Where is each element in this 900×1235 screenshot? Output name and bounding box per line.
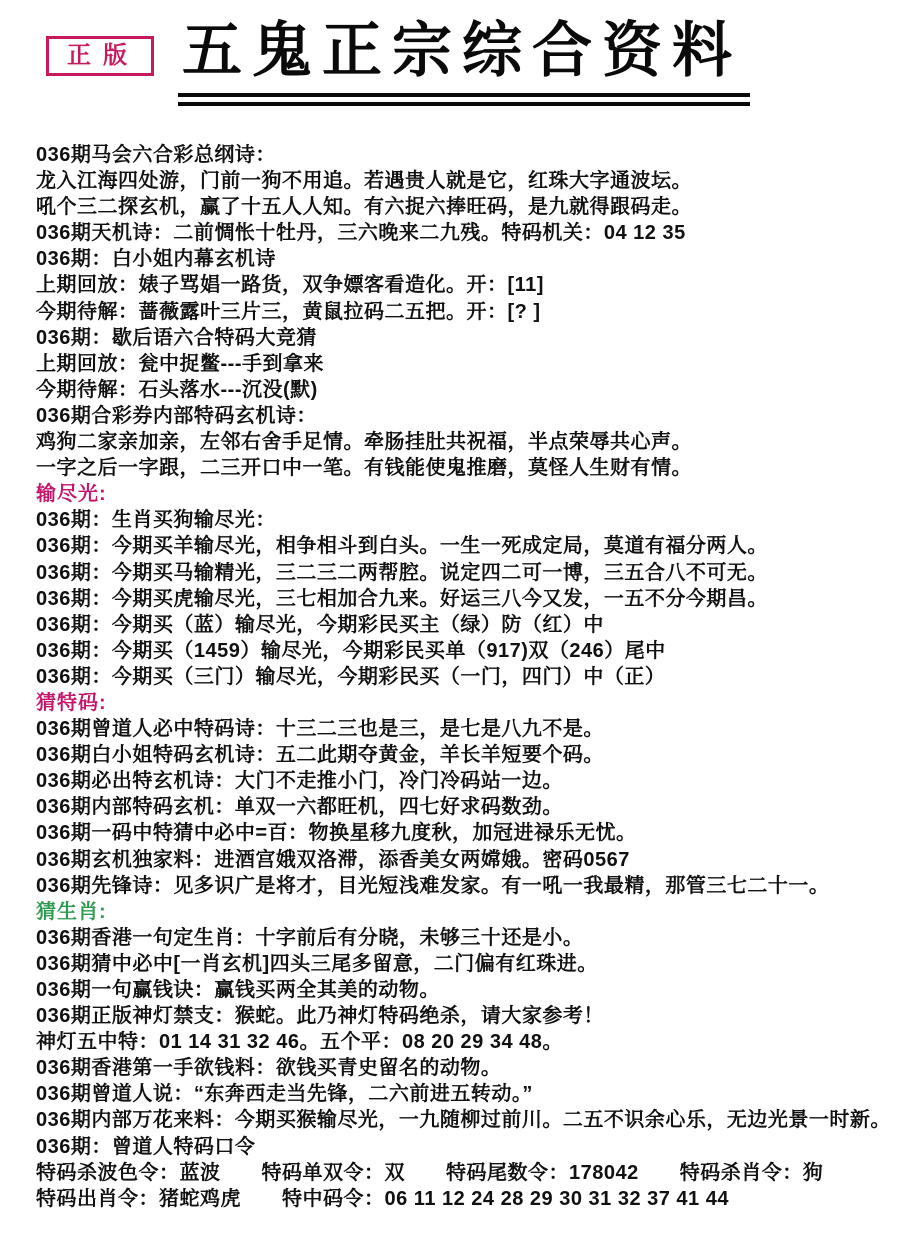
text-line: 036期香港第一手欲钱料：欲钱买青史留名的动物。 xyxy=(36,1055,890,1081)
text-line: 龙入江海四处游，门前一狗不用追。若遇贵人就是它，红珠大字通波坛。 xyxy=(36,168,890,194)
text-line: 036期玄机独家料：进酒宫娥双洛滞，添香美女两嫦娥。密码0567 xyxy=(36,847,890,873)
text-line: 上期回放：婊子骂娼一路货，双争嫖客看造化。开：[11] xyxy=(36,272,890,298)
text-line: 036期一句赢钱诀：赢钱买两全其美的动物。 xyxy=(36,977,890,1003)
text-line: 036期猜中必中[一肖玄机]四头三尾多留意，二门偏有红珠进。 xyxy=(36,951,890,977)
header: 正版 五鬼正宗综合资料 xyxy=(0,0,900,142)
text-line: 036期内部万花来料：今期买猴输尽光，一九随柳过前川。二五不识余心乐，无边光景一… xyxy=(36,1107,890,1133)
text-line: 036期曾道人必中特码诗：十三二三也是三，是七是八九不是。 xyxy=(36,716,890,742)
text-line: 036期白小姐特码玄机诗：五二此期夺黄金，羊长羊短要个码。 xyxy=(36,742,890,768)
text-line: 036期曾道人说：“东奔西走当先锋，二六前进五转动。” xyxy=(36,1081,890,1107)
text-line: 036期内部特码玄机：单双一六都旺机，四七好求码数劲。 xyxy=(36,794,890,820)
section-header-cai-shengxiao: 猜生肖: xyxy=(36,899,890,925)
text-line: 036期合彩券内部特码玄机诗： xyxy=(36,403,890,429)
text-line: 036期：今期买（三门）输尽光，今期彩民买（一门，四门）中（正） xyxy=(36,664,890,690)
text-line: 036期：歇后语六合特码大竞猜 xyxy=(36,325,890,351)
text-line: 036期天机诗：二前惆怅十牡丹，三六晚来二九残。特码机关：04 12 35 xyxy=(36,220,890,246)
section-header-shujin-guang: 输尽光: xyxy=(36,481,890,507)
text-line: 吼个三二探玄机，赢了十五人人知。有六捉六捧旺码，是九就得跟码走。 xyxy=(36,194,890,220)
page: 正版 五鬼正宗综合资料 036期马会六合彩总纲诗： 龙入江海四处游，门前一狗不用… xyxy=(0,0,900,1235)
text-line: 036期先锋诗：见多识广是将才，目光短浅难发家。有一吼一我最精，那管三七二十一。 xyxy=(36,873,890,899)
text-line: 036期：今期买（蓝）输尽光，今期彩民买主（绿）防（红）中 xyxy=(36,612,890,638)
text-line: 036期香港一句定生肖：十字前后有分晓，未够三十还是小。 xyxy=(36,925,890,951)
text-line: 036期正版神灯禁支：猴蛇。此乃神灯特码绝杀，请大家参考！ xyxy=(36,1003,890,1029)
text-line: 036期：白小姐内幕玄机诗 xyxy=(36,246,890,272)
text-line: 今期待解：蔷薇露叶三片三，黄鼠拉码二五把。开：[? ] xyxy=(36,299,890,325)
text-line: 036期：曾道人特码口令 xyxy=(36,1134,890,1160)
text-line: 036期：今期买虎输尽光，三七相加合九来。好运三八今又发，一五不分今期昌。 xyxy=(36,586,890,612)
text-line: 上期回放：瓮中捉鳖---手到拿来 xyxy=(36,351,890,377)
text-line: 036期必出特玄机诗：大门不走推小门，冷门冷码站一边。 xyxy=(36,768,890,794)
page-title: 五鬼正宗综合资料 xyxy=(178,14,750,106)
section-header-cai-tema: 猜特码: xyxy=(36,690,890,716)
special-code-commands-row: 特码杀波色令：蓝波 特码单双令：双 特码尾数令：178042 特码杀肖令：狗 xyxy=(36,1160,890,1186)
text-line: 一字之后一字跟，二三开口中一笔。有钱能使鬼推磨，莫怪人生财有情。 xyxy=(36,455,890,481)
text-line: 036期：今期买羊输尽光，相争相斗到白头。一生一死成定局，莫道有福分两人。 xyxy=(36,533,890,559)
text-line: 神灯五中特：01 14 31 32 46。五个平：08 20 29 34 48。 xyxy=(36,1029,890,1055)
text-line: 036期马会六合彩总纲诗： xyxy=(36,142,890,168)
text-line: 今期待解：石头落水---沉没(默) xyxy=(36,377,890,403)
content: 036期马会六合彩总纲诗： 龙入江海四处游，门前一狗不用追。若遇贵人就是它，红珠… xyxy=(0,142,900,1212)
text-line: 鸡狗二家亲加亲，左邻右舍手足情。牵肠挂肚共祝福，半点荣辱共心声。 xyxy=(36,429,890,455)
text-line: 036期：生肖买狗输尽光： xyxy=(36,507,890,533)
special-code-zodiac-row: 特码出肖令：猪蛇鸡虎 特中码令：06 11 12 24 28 29 30 31 … xyxy=(36,1186,890,1212)
text-line: 036期：今期买马输精光，三二三二两帮腔。说定四二可一博，三五合八不可无。 xyxy=(36,560,890,586)
authentic-badge: 正版 xyxy=(46,36,154,76)
text-line: 036期一码中特猜中必中=百：物换星移九度秋，加冠进禄乐无忧。 xyxy=(36,820,890,846)
text-line: 036期：今期买（1459）输尽光，今期彩民买单（917)双（246）尾中 xyxy=(36,638,890,664)
